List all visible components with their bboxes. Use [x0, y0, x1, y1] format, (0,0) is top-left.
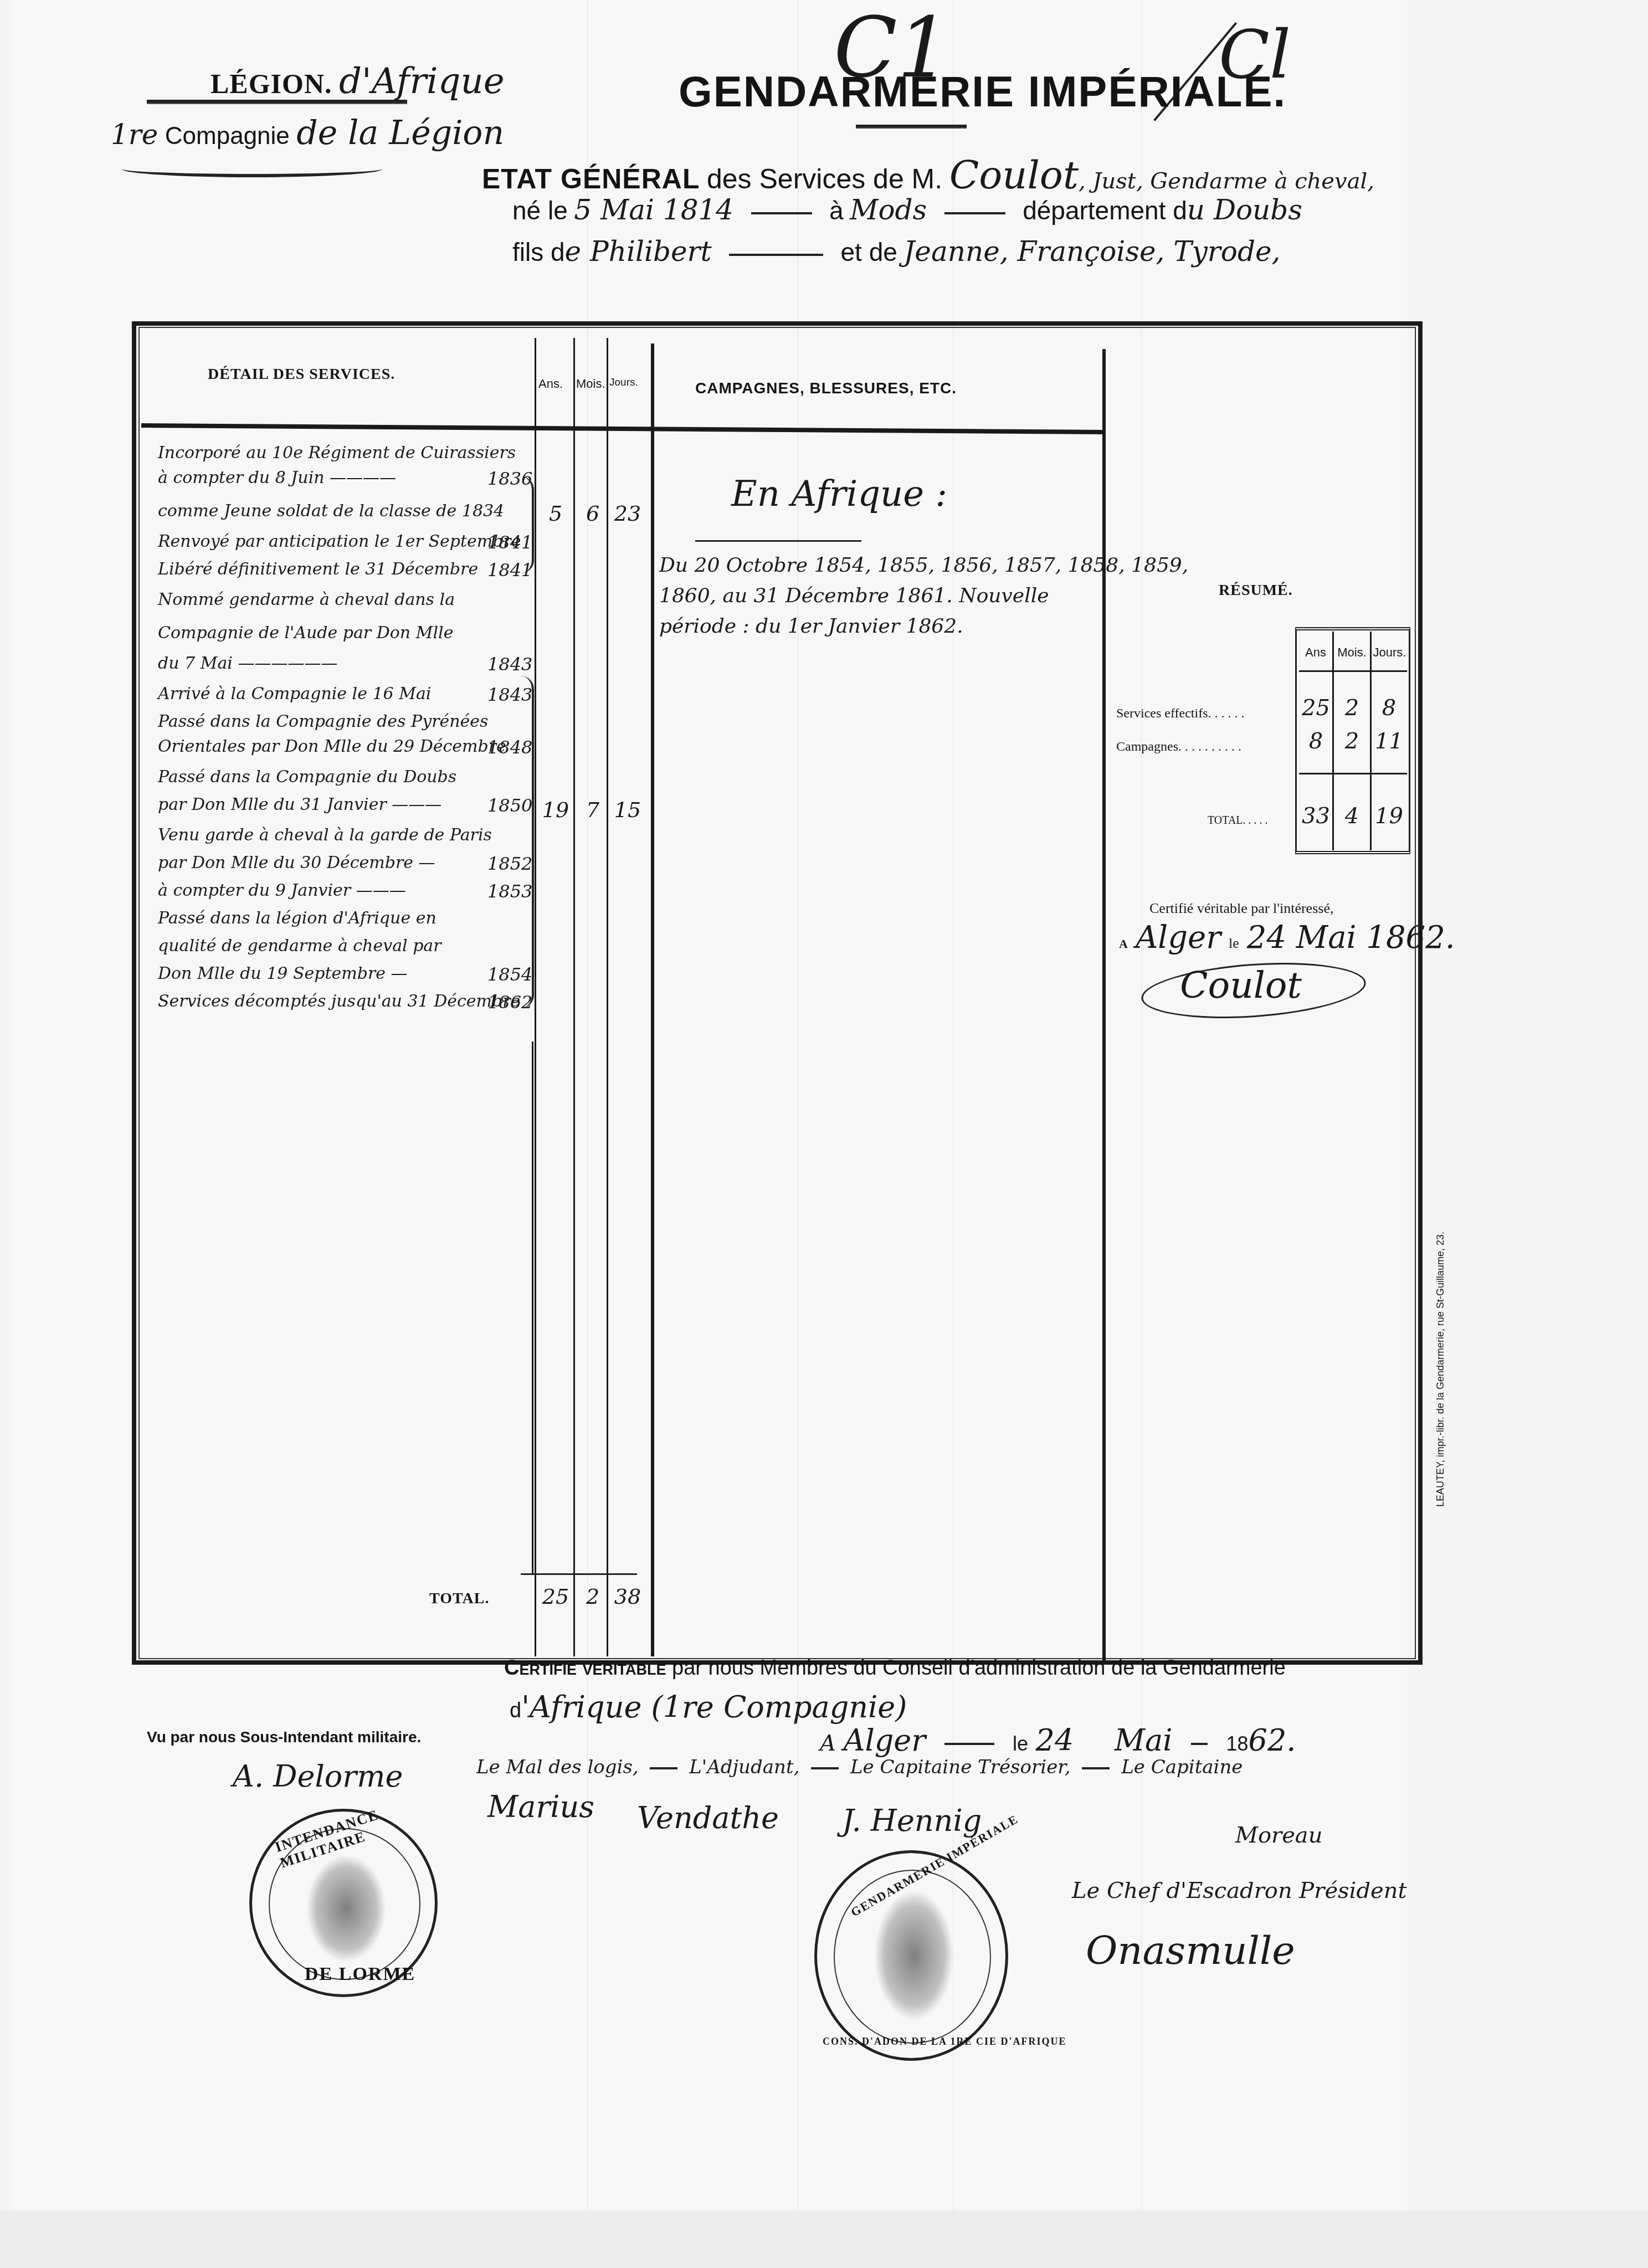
blank-rule	[650, 1767, 677, 1769]
col-divider-ans	[535, 338, 536, 1656]
ne-le-label: né le	[512, 196, 568, 225]
campagnes-heading: En Afrique :	[731, 474, 947, 515]
blank-rule	[811, 1767, 839, 1769]
council-day: 24	[1036, 1723, 1074, 1758]
stamp-bottom-text: DE LORME	[305, 1964, 415, 1985]
imperial-eagle-icon	[875, 1892, 953, 2019]
resume-campagnes-mois: 2	[1337, 728, 1367, 754]
service-entry: Incorporé au 10e Régiment de Cuirassiers	[158, 443, 518, 463]
service-entry: à compter du 8 Juin ————	[158, 468, 518, 488]
blank-rule	[729, 254, 823, 256]
col-header-jours: Jours.	[609, 377, 638, 389]
group2-ans: 19	[536, 798, 575, 822]
resume-total-jours: 19	[1374, 803, 1404, 829]
total-mois: 2	[573, 1584, 612, 1609]
role-capitaine: Le Capitaine	[1121, 1756, 1243, 1778]
resume-services-mois: 2	[1337, 695, 1367, 721]
title-rule	[856, 125, 967, 129]
resume-campagnes-jours: 11	[1374, 728, 1404, 754]
gendarmerie-stamp: GENDARMERIE IMPÉRIALE CONS. D'ADON DE LA…	[814, 1850, 1008, 2061]
service-entry: qualité de gendarme à cheval par	[158, 936, 518, 956]
a-label: à	[829, 196, 844, 225]
service-entry: comme Jeune soldat de la classe de 1834	[158, 501, 518, 521]
council-roles: Le Mal des logis, L'Adjudant, Le Capitai…	[476, 1756, 1243, 1778]
legion-label: LÉGION.	[211, 68, 332, 99]
resume-title: RÉSUMÉ.	[1219, 582, 1293, 599]
fils-de-label: fils d	[512, 238, 565, 266]
campagne-line: Du 20 Octobre 1854, 1855, 1856, 1857, 18…	[659, 554, 1113, 577]
scan-background	[0, 2210, 1648, 2268]
a-label: A	[820, 1731, 836, 1756]
resume-place-date: A Alger le 24 Mai 1862.	[1119, 920, 1455, 956]
role-capitaine-tresorier: Le Capitaine Trésorier,	[850, 1756, 1071, 1778]
resume-col-ans: Ans	[1299, 645, 1332, 660]
intendance-stamp: INTENDANCE MILITAIRE DE LORME	[249, 1809, 438, 1997]
legion-name: d'Afrique	[339, 61, 504, 102]
parents-line: fils de Philibert et de Jeanne, François…	[512, 235, 1280, 268]
total-ans: 25	[536, 1584, 575, 1609]
resume-header-rule	[1299, 670, 1407, 672]
col-header-ans: Ans.	[538, 377, 563, 391]
service-entry: à compter du 9 Janvier ———	[158, 881, 518, 900]
resume-date: 24 Mai 1862.	[1247, 920, 1455, 956]
year-prefix: 18	[1226, 1732, 1249, 1755]
service-entry: Nommé gendarme à cheval dans la	[158, 590, 518, 609]
father-field: e Philibert	[565, 235, 712, 268]
service-entry: Arrivé à la Compagnie le 16 Mai	[158, 684, 518, 704]
certifie-rest: par nous Membres du Conseil d'administra…	[672, 1656, 1286, 1680]
group2-jours: 15	[608, 798, 647, 822]
resume-label-services: Services effectifs. . . . . .	[1116, 706, 1244, 721]
document-title: GENDARMERIE IMPÉRIALE.	[679, 66, 1286, 117]
role-adjudant: L'Adjudant,	[689, 1756, 799, 1778]
signature-adjudant: Vendathe	[637, 1800, 779, 1835]
resume-col-divider	[1332, 632, 1334, 850]
resume-total-rule	[1299, 773, 1407, 774]
birth-line: né le 5 Mai 1814 à Mods département du D…	[512, 194, 1302, 226]
role-marechal-des-logis: Le Mal des logis,	[476, 1756, 639, 1778]
campagne-line: 1860, au 31 Décembre 1861. Nouvelle	[659, 584, 1113, 607]
council-year: 62.	[1249, 1723, 1296, 1758]
compagnie-number: 1re	[111, 119, 158, 151]
blank-rule	[944, 1743, 994, 1745]
council-certification: Certifié véritable par nous Membres du C…	[504, 1656, 1286, 1680]
service-entry: Services décomptés jusqu'au 31 Décembre	[158, 992, 518, 1011]
departement-field: u Doubs	[1187, 194, 1302, 226]
chef-escadron-label: Le Chef d'Escadron Président	[1072, 1878, 1407, 1903]
campagnes-heading-rule	[695, 540, 861, 542]
service-entry: Passé dans la Compagnie des Pyrénées	[158, 712, 518, 731]
group1-mois: 6	[573, 501, 612, 526]
service-entry: Compagnie de l'Aude par Don Mlle	[158, 623, 518, 643]
brace-group-1	[521, 476, 534, 573]
resume-col-jours: Jours.	[1372, 645, 1408, 660]
brace-group-2	[521, 676, 534, 1008]
col-header-detail: DÉTAIL DES SERVICES.	[208, 366, 395, 383]
stamp-bottom-text: CONS. D'ADON DE LA 1RE CIE D'AFRIQUE	[823, 2036, 1067, 2048]
compagnie-label: Compagnie	[165, 122, 290, 150]
blank-rule	[1082, 1767, 1110, 1769]
service-entry: Orientales par Don Mlle du 29 Décembre	[158, 737, 518, 756]
resume-campagnes-ans: 8	[1301, 728, 1331, 754]
group1-ans: 5	[536, 501, 575, 526]
service-entry: Passé dans la Compagnie du Doubs	[158, 767, 518, 787]
resume-place: Alger	[1136, 920, 1221, 956]
certifie-caps: Certifié véritable	[504, 1656, 666, 1680]
etat-general-line: ETAT GÉNÉRAL des Services de M. Coulot, …	[482, 152, 1374, 198]
col-divider-resume	[1102, 349, 1106, 1662]
legion-heading: LÉGION. d'Afrique	[211, 61, 505, 102]
blank-rule	[944, 212, 1005, 214]
service-entry: Venu garde à cheval à la garde de Paris	[158, 825, 518, 845]
birth-place-field: Mods	[850, 194, 927, 226]
eagle-emblem-icon	[307, 1856, 385, 1961]
signature-coulot: Coulot	[1180, 964, 1302, 1007]
service-entry: du 7 Mai ——————	[158, 654, 518, 673]
service-entry: par Don Mlle du 30 Décembre —	[158, 853, 518, 873]
printer-imprint: LEAUTEY, impr.-libr. de la Gendarmerie, …	[1435, 1064, 1446, 1507]
council-month: Mai	[1115, 1723, 1173, 1758]
brace-tail-line	[532, 1041, 533, 1573]
header-rule	[147, 100, 407, 104]
a-label: A	[1119, 937, 1128, 951]
service-entry: par Don Mlle du 31 Janvier ———	[158, 795, 518, 814]
resume-total-label: TOTAL. . . . .	[1208, 814, 1268, 827]
council-unit: 'Afrique (1re Compagnie)	[521, 1690, 907, 1725]
ornamental-swash	[122, 161, 382, 177]
compagnie-legion: de la Légion	[296, 114, 504, 152]
compagnie-heading: 1re Compagnie de la Légion	[111, 114, 504, 152]
resume-col-divider	[1370, 632, 1372, 850]
rank-field: , Just, Gendarme à cheval,	[1079, 168, 1374, 194]
surname-field: Coulot	[949, 152, 1079, 198]
total-jours: 38	[608, 1584, 647, 1609]
resume-services-ans: 25	[1301, 695, 1331, 721]
resume-col-mois: Mois.	[1334, 645, 1370, 660]
council-place-date: A Alger le 24 Mai 1862.	[820, 1723, 1296, 1758]
etat-label: ETAT GÉNÉRAL	[482, 163, 700, 194]
signature-chef-escadron: Onasmulle	[1086, 1928, 1295, 1973]
resume-services-jours: 8	[1374, 695, 1404, 721]
le-label: le	[1229, 935, 1239, 951]
service-entry: Libéré définitivement le 31 Décembre	[158, 560, 518, 579]
group1-jours: 23	[608, 501, 647, 526]
council-unit-line: d'Afrique (1re Compagnie)	[510, 1690, 907, 1725]
service-entry: Don Mlle du 19 Septembre —	[158, 964, 518, 983]
col-divider-campagnes	[651, 343, 654, 1656]
group2-mois: 7	[573, 798, 612, 822]
certified-by-interested: Certifié véritable par l'intéressé,	[1149, 900, 1333, 917]
col-header-campagnes: CAMPAGNES, BLESSURES, ETC.	[695, 379, 957, 397]
intendant-label: Vu par nous Sous-Intendant militaire.	[147, 1728, 421, 1746]
council-place: Alger	[843, 1723, 926, 1758]
table-total-label: TOTAL.	[429, 1590, 489, 1608]
signature-capitaine: Moreau	[1235, 1823, 1322, 1848]
col-header-mois: Mois.	[576, 377, 605, 391]
services-de-label: des Services de M.	[707, 163, 942, 194]
col-divider-mois	[573, 338, 575, 1656]
d-prefix: d	[510, 1699, 521, 1722]
signature-intendant: A. Delorme	[233, 1759, 403, 1794]
blank-rule	[751, 212, 812, 214]
campagne-line: période : du 1er Janvier 1862.	[659, 615, 1113, 638]
signature-marechal: Marius	[487, 1789, 594, 1824]
service-year: 1843	[487, 654, 526, 675]
signature-tresorier: J. Hennig	[842, 1803, 982, 1838]
departement-label: département d	[1023, 196, 1187, 225]
resume-total-ans: 33	[1301, 803, 1331, 829]
service-entry: Renvoyé par anticipation le 1er Septembr…	[158, 532, 518, 551]
et-de-label: et de	[841, 238, 897, 266]
mother-field: Jeanne, Françoise, Tyrode,	[903, 235, 1280, 268]
le-label: le	[1013, 1732, 1028, 1755]
col-divider-jours	[607, 338, 608, 1656]
birth-date-field: 5 Mai 1814	[574, 194, 733, 226]
blank-rule	[1191, 1743, 1208, 1745]
service-entry: Passé dans la légion d'Afrique en	[158, 909, 518, 928]
resume-total-mois: 4	[1337, 803, 1367, 829]
resume-label-campagnes: Campagnes. . . . . . . . . .	[1116, 740, 1241, 755]
